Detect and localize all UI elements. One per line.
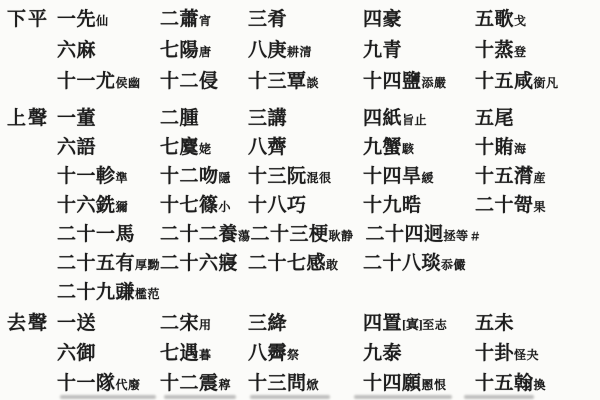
tone-section: 上聲一董二腫三講四紙旨止五尾六語七麌姥八薺九蟹駭十賄海十一軫準十二吻隱十三阮混很… (0, 104, 600, 307)
merged-rhymes-subscript: 用 (199, 318, 212, 332)
rhyme-name: 十二震 (160, 373, 219, 394)
rhyme-entry: 三講 (248, 104, 363, 134)
rhyme-entry: 十卦怪夬 (475, 339, 539, 370)
cutoff-text-artifact (164, 395, 236, 399)
rhyme-name: 四豪 (363, 9, 402, 30)
merged-rhymes-subscript: 獮 (116, 200, 129, 214)
merged-rhymes-subscript: 代廢 (116, 378, 141, 392)
rhyme-entry: 二十六寢 (160, 249, 248, 279)
scanned-rhyme-table-page: 下平一先仙二蕭宵三肴四豪五歌戈六麻七陽唐八庚耕清九青十蒸登十一尤侯幽十二侵十三覃… (0, 0, 600, 400)
tone-section: 下平一先仙二蕭宵三肴四豪五歌戈六麻七陽唐八庚耕清九青十蒸登十一尤侯幽十二侵十三覃… (0, 4, 600, 97)
rhyme-row: 二十五有厚黝二十六寢二十七感敢二十八琰忝儼 (0, 249, 600, 278)
rhyme-entry: 二十四迥拯等＃ (366, 220, 481, 252)
rhyme-entry: 二十七感敢 (248, 249, 363, 280)
rhyme-entry: 一先仙 (57, 4, 160, 37)
merged-rhymes-subscript: 敢 (326, 258, 339, 272)
rhyme-name: 十二侵 (160, 71, 219, 92)
rhyme-name: 二宋 (160, 313, 199, 334)
rhyme-name: 二十五有 (57, 253, 135, 274)
rhyme-name: 十一尤 (57, 71, 116, 92)
rhyme-entry: 十四旱緩 (363, 162, 475, 193)
rhyme-name: 三講 (248, 108, 287, 129)
rhyme-name: 十三覃 (248, 71, 307, 92)
merged-rhymes-subscript: 姥 (199, 142, 212, 156)
rhyme-entry: 三絳 (248, 309, 363, 340)
rhyme-entry: 二十一馬 (57, 220, 160, 250)
rhyme-name: 十五咸 (475, 71, 534, 92)
rhyme-entry: 八庚耕清 (248, 35, 363, 68)
merged-rhymes-subscript: 耿静 (329, 229, 354, 243)
rhyme-name: 七陽 (160, 40, 199, 61)
rhyme-name: 十九晧 (363, 195, 422, 216)
merged-rhymes-subscript: 小 (219, 200, 232, 214)
rhyme-name: 二十八琰 (363, 253, 441, 274)
rhyme-entry: 二十三梗耿静 (251, 220, 366, 251)
rhyme-name: 五未 (475, 313, 514, 334)
rhyme-entry: 九蟹駭 (363, 133, 475, 164)
rhyme-row: 十六銑獮十七篠小十八巧十九晧二十哿果 (0, 191, 600, 220)
rhyme-entry: 十一尤侯幽 (57, 66, 160, 99)
rhyme-entry: 二十五有厚黝 (57, 249, 160, 280)
rhyme-name: 十一隊 (57, 373, 116, 394)
rhyme-entry: 六語 (57, 133, 160, 163)
merged-rhymes-subscript: 耕清 (287, 45, 312, 59)
rhyme-name: 八霽 (248, 343, 287, 364)
merged-rhymes-subscript: 談 (307, 76, 320, 90)
rhyme-name: 二十一馬 (57, 224, 135, 245)
rhyme-entry: 十七篠小 (160, 191, 248, 222)
rhyme-name: 二十二養 (160, 224, 238, 245)
footnote-mark: ＃ (470, 231, 481, 243)
rhyme-entry: 十五潸産 (475, 162, 546, 193)
rhyme-name: 一董 (57, 108, 96, 129)
rhyme-entry: 十六銑獮 (57, 191, 160, 222)
merged-rhymes-subscript: 慁恨 (422, 378, 447, 392)
merged-rhymes-subscript: 仙 (96, 14, 109, 28)
rhyme-entry: 二十哿果 (475, 191, 546, 222)
rhyme-name: 二蕭 (160, 9, 199, 30)
rhyme-entry: 十三阮混很 (248, 162, 363, 193)
rhyme-entry: 十九晧 (363, 191, 475, 221)
tone-label: 上聲 (0, 104, 57, 133)
rhyme-entry: 九泰 (363, 339, 475, 370)
merged-rhymes-subscript: 怪夬 (514, 348, 539, 362)
rhyme-entry: 二十九豏檻范 (57, 278, 160, 309)
tone-label: 下平 (0, 4, 57, 35)
merged-rhymes-subscript: 果 (534, 200, 547, 214)
rhyme-name: 十五潸 (475, 166, 534, 187)
merged-rhymes-subscript: 産 (534, 171, 547, 185)
rhyme-name: 五歌 (475, 9, 514, 30)
rhyme-name: 二十六寢 (160, 253, 238, 274)
tone-section: 去聲一送二宋用三絳四置[寘]至志五未六御七遇暮八霽祭九泰十卦怪夬十一隊代廢十二震… (0, 309, 600, 399)
rhyme-row: 六麻七陽唐八庚耕清九青十蒸登 (0, 35, 600, 66)
rhyme-name: 四紙 (363, 108, 402, 129)
rhyme-name: 十四鹽 (363, 71, 422, 92)
merged-rhymes-subscript: 銜凡 (534, 76, 559, 90)
rhyme-name: 十四旱 (363, 166, 422, 187)
rhyme-entry: 二宋用 (160, 309, 248, 340)
rhyme-entry: 七陽唐 (160, 35, 248, 68)
rhyme-entry: 十二吻隱 (160, 162, 248, 193)
rhyme-name: 十卦 (475, 343, 514, 364)
rhyme-name: 十六銑 (57, 195, 116, 216)
rhyme-entry: 十三覃談 (248, 66, 363, 99)
merged-rhymes-subscript: 緩 (422, 171, 435, 185)
rhyme-entry: 十八巧 (248, 191, 363, 221)
rhyme-entry: 十賄海 (475, 133, 527, 164)
merged-rhymes-subscript: 添嚴 (422, 76, 447, 90)
rhyme-entry: 十蒸登 (475, 35, 527, 68)
rhyme-entry: 六麻 (57, 35, 160, 67)
merged-rhymes-subscript: 混很 (307, 171, 332, 185)
rhyme-name: 四置 (363, 313, 402, 334)
rhyme-entry: 六御 (57, 339, 160, 370)
rhyme-name: 二十三梗 (251, 224, 329, 245)
rhyme-name: 六麻 (57, 40, 96, 61)
rhyme-name: 八薺 (248, 137, 287, 158)
rhyme-name: 九泰 (363, 343, 402, 364)
rhyme-row: 二十一馬二十二養蕩二十三梗耿静二十四迥拯等＃ (0, 220, 600, 249)
rhyme-name: 二十九豏 (57, 282, 135, 303)
merged-rhymes-subscript: 戈 (514, 14, 527, 28)
rhyme-entry: 四豪 (363, 4, 475, 36)
merged-rhymes-subscript: 海 (514, 142, 527, 156)
merged-rhymes-subscript: 稕 (219, 378, 232, 392)
rhyme-name: 十八巧 (248, 195, 307, 216)
rhyme-name: 八庚 (248, 40, 287, 61)
rhyme-row: 去聲一送二宋用三絳四置[寘]至志五未 (0, 309, 600, 339)
rhyme-table: 下平一先仙二蕭宵三肴四豪五歌戈六麻七陽唐八庚耕清九青十蒸登十一尤侯幽十二侵十三覃… (0, 4, 600, 399)
rhyme-name: 七遇 (160, 343, 199, 364)
rhyme-row: 十一軫準十二吻隱十三阮混很十四旱緩十五潸産 (0, 162, 600, 191)
rhyme-name: 九蟹 (363, 137, 402, 158)
rhyme-entry: 十一軫準 (57, 162, 160, 193)
rhyme-name: 二十哿 (475, 195, 534, 216)
rhyme-entry: 十二侵 (160, 66, 248, 98)
rhyme-entry: 二十八琰忝儼 (363, 249, 475, 280)
rhyme-entry: 一董 (57, 104, 160, 134)
rhyme-name: 十七篠 (160, 195, 219, 216)
rhyme-row: 下平一先仙二蕭宵三肴四豪五歌戈 (0, 4, 600, 35)
cutoff-text-artifact (354, 395, 452, 399)
rhyme-entry: 十五咸銜凡 (475, 66, 559, 99)
rhyme-name: 十五翰 (475, 373, 534, 394)
merged-rhymes-subscript: 準 (116, 171, 129, 185)
merged-rhymes-subscript: 隱 (219, 171, 232, 185)
rhyme-entry: 四置[寘]至志 (363, 309, 475, 340)
merged-rhymes-subscript: 檻范 (135, 287, 160, 301)
rhyme-name: 十賄 (475, 137, 514, 158)
rhyme-name: 九青 (363, 40, 402, 61)
merged-rhymes-subscript: 旨止 (402, 113, 427, 127)
rhyme-name: 十一軫 (57, 166, 116, 187)
rhyme-entry: 二十二養蕩 (160, 220, 251, 251)
rhyme-name: 十蒸 (475, 40, 514, 61)
merged-rhymes-subscript: 換 (534, 378, 547, 392)
rhyme-name: 一先 (57, 9, 96, 30)
cutoff-text-artifact (464, 395, 534, 399)
rhyme-name: 二十七感 (248, 253, 326, 274)
merged-rhymes-subscript: 駭 (402, 142, 415, 156)
rhyme-name: 十二吻 (160, 166, 219, 187)
merged-rhymes-subscript: 唐 (199, 45, 212, 59)
rhyme-row: 二十九豏檻范 (0, 278, 600, 307)
rhyme-row: 六語七麌姥八薺九蟹駭十賄海 (0, 133, 600, 162)
rhyme-entry: 九青 (363, 35, 475, 67)
merged-rhymes-subscript: 暮 (199, 348, 212, 362)
rhyme-entry: 八薺 (248, 133, 363, 163)
merged-rhymes-subscript: 焮 (307, 378, 320, 392)
rhyme-row: 十一尤侯幽十二侵十三覃談十四鹽添嚴十五咸銜凡 (0, 66, 600, 97)
rhyme-name: 十四願 (363, 373, 422, 394)
rhyme-name: 三肴 (248, 9, 287, 30)
rhyme-entry: 五未 (475, 309, 514, 340)
rhyme-entry: 五尾 (475, 104, 514, 134)
bracket-variant-name: [寘] (402, 317, 422, 332)
rhyme-entry: 三肴 (248, 4, 363, 36)
rhyme-name: 六御 (57, 343, 96, 364)
rhyme-entry: 四紙旨止 (363, 104, 475, 135)
rhyme-row: 六御七遇暮八霽祭九泰十卦怪夬 (0, 339, 600, 369)
rhyme-name: 十三問 (248, 373, 307, 394)
merged-rhymes-subscript: 忝儼 (441, 258, 466, 272)
rhyme-name: 二腫 (160, 108, 199, 129)
merged-rhymes-subscript: 蕩 (238, 229, 251, 243)
rhyme-entry: 十四鹽添嚴 (363, 66, 475, 99)
rhyme-entry: 八霽祭 (248, 339, 363, 370)
tone-label: 去聲 (0, 309, 57, 339)
rhyme-row: 上聲一董二腫三講四紙旨止五尾 (0, 104, 600, 133)
merged-rhymes-subscript: 侯幽 (116, 76, 141, 90)
merged-rhymes-subscript: 拯等 (444, 229, 469, 243)
rhyme-name: 六語 (57, 137, 96, 158)
rhyme-name: 五尾 (475, 108, 514, 129)
rhyme-entry: 七麌姥 (160, 133, 248, 164)
cutoff-text-artifact (60, 395, 156, 399)
rhyme-name: 一送 (57, 313, 96, 334)
rhyme-name: 七麌 (160, 137, 199, 158)
rhyme-name: 二十四迥 (366, 224, 444, 245)
merged-rhymes-subscript: 宵 (199, 14, 212, 28)
rhyme-entry: 二腫 (160, 104, 248, 134)
rhyme-entry: 五歌戈 (475, 4, 527, 37)
merged-rhymes-subscript: 厚黝 (135, 258, 160, 272)
rhyme-name: 三絳 (248, 313, 287, 334)
rhyme-entry: 一送 (57, 309, 160, 340)
merged-rhymes-subscript: 祭 (287, 348, 300, 362)
rhyme-entry: 七遇暮 (160, 339, 248, 370)
cutoff-text-artifact (250, 395, 330, 399)
rhyme-name: 十三阮 (248, 166, 307, 187)
rhyme-entry: 二蕭宵 (160, 4, 248, 37)
merged-rhymes-subscript: 至志 (422, 318, 447, 332)
merged-rhymes-subscript: 登 (514, 45, 527, 59)
